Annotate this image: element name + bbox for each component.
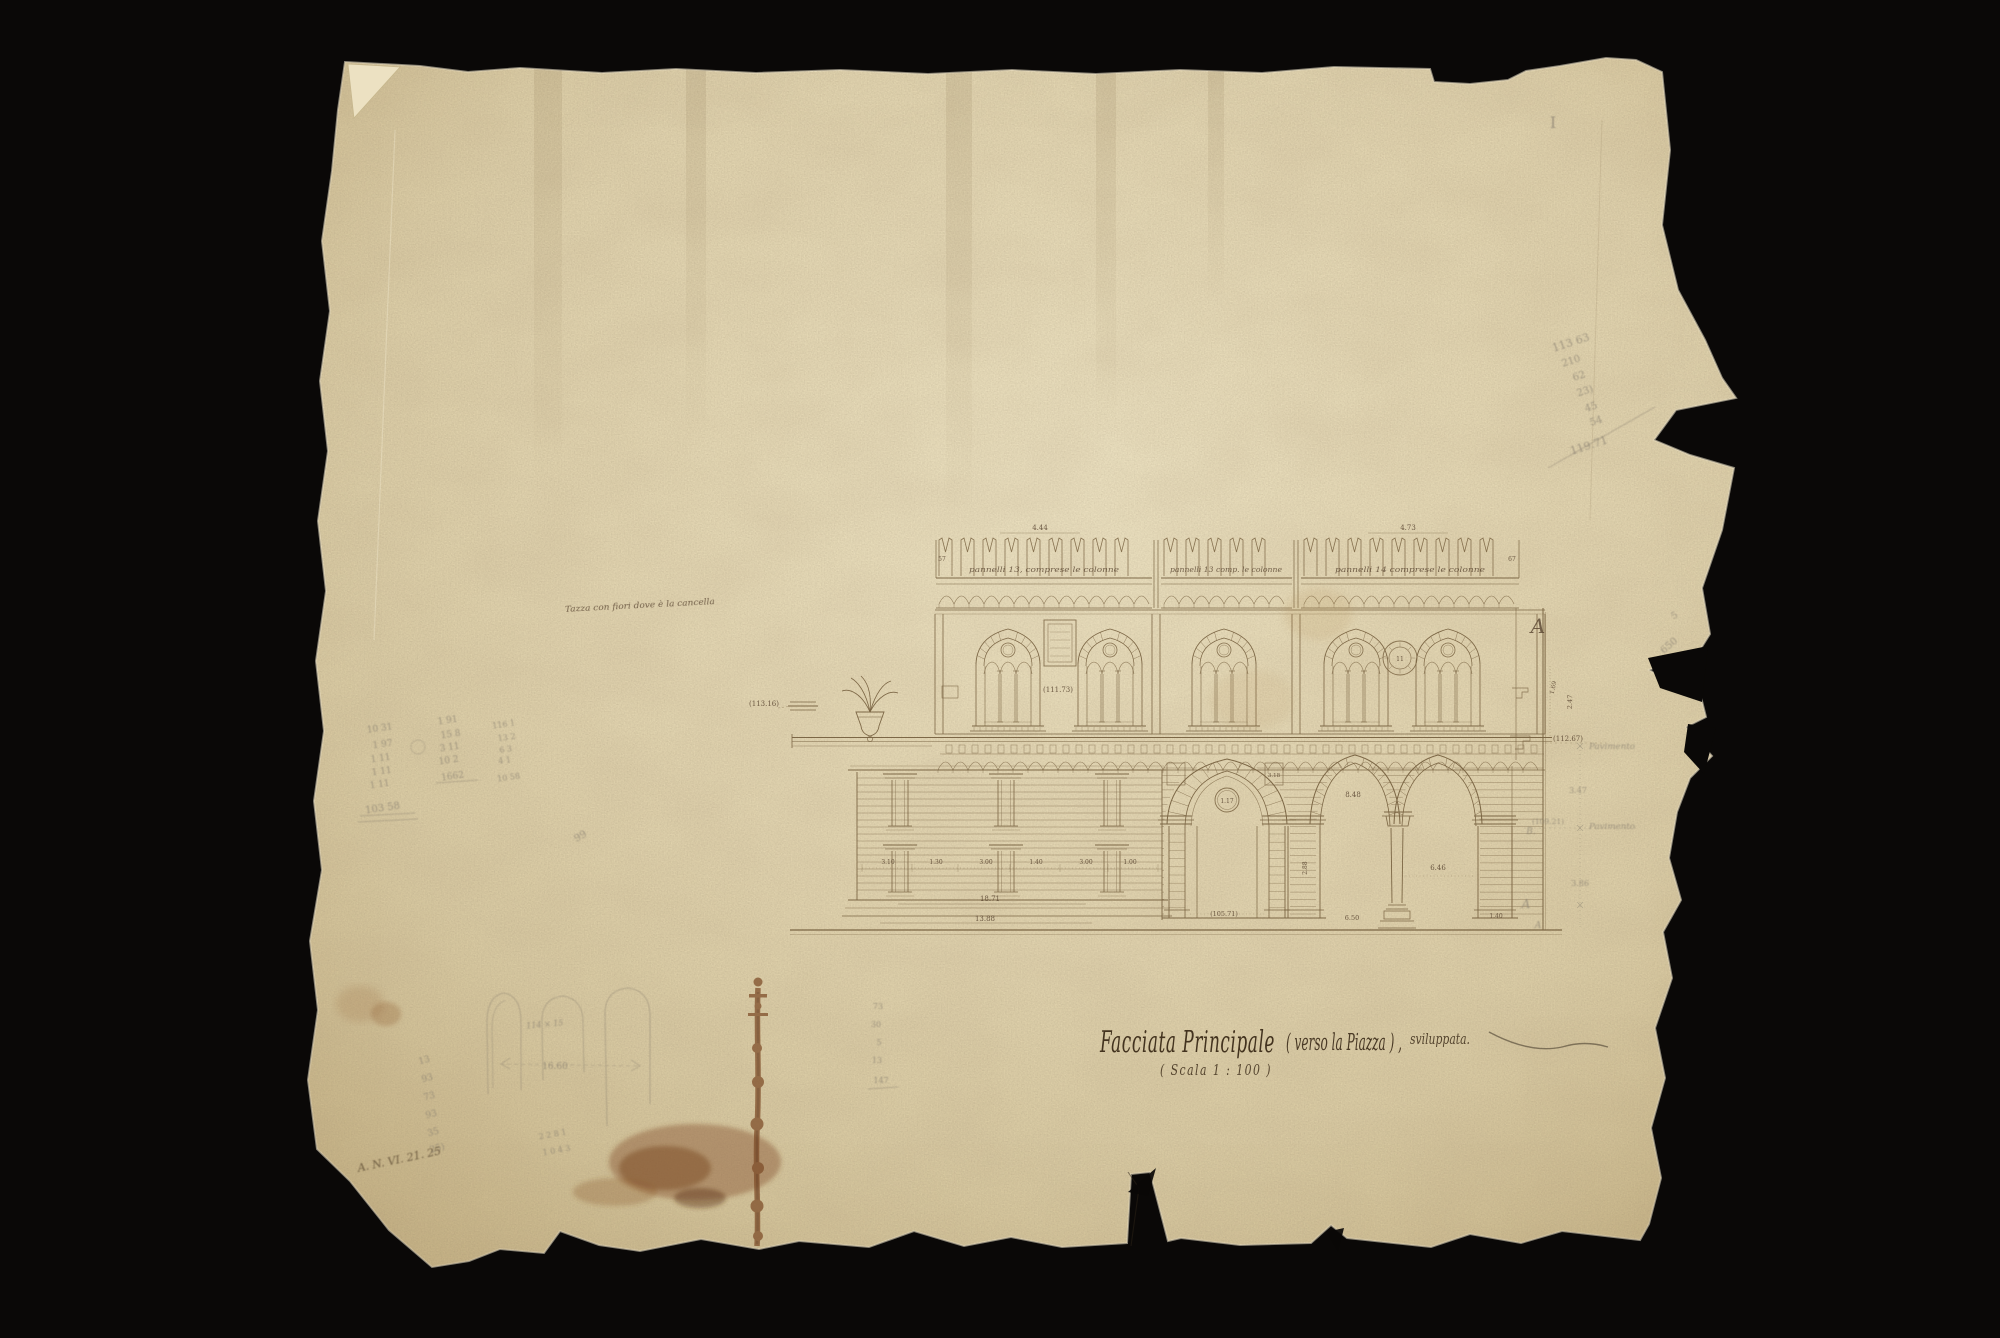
dimension-label: (113.16) <box>749 700 779 708</box>
paper-sheet <box>290 40 1750 1280</box>
pencil-note: 3.47 <box>1569 786 1587 795</box>
faint-stain <box>1284 588 1352 640</box>
dimension-label: 11 <box>1396 656 1404 663</box>
dimension-label: 6.46 <box>1430 864 1446 872</box>
photograph-of-architectural-drawing: 4.444.735767pannelli 13, comprese le col… <box>0 0 2000 1338</box>
dimension-label: 3.10 <box>881 859 895 866</box>
pencil-note: 5 <box>876 1038 881 1047</box>
dimension-label: 3.18 <box>1268 773 1281 779</box>
pencil-note: (109.21) <box>1532 817 1564 826</box>
pencil-note: 147 <box>873 1076 888 1085</box>
dimension-label: 4.73 <box>1400 524 1416 532</box>
dimension-label: A <box>1529 614 1545 638</box>
dimension-label: 1.30 <box>929 859 943 866</box>
dimension-label: 3.00 <box>1079 859 1093 866</box>
dimension-label: 1.40 <box>1489 913 1503 920</box>
pencil-note: Pavimento <box>1588 742 1635 751</box>
dimension-label: 13.88 <box>975 915 995 923</box>
pencil-note: Pavimento <box>1588 822 1635 831</box>
pencil-note: 6 3 <box>499 744 513 755</box>
dimension-label: (105.71) <box>1210 910 1238 918</box>
pencil-note: I <box>1550 113 1556 132</box>
dimension-label: 8.48 <box>1345 791 1361 799</box>
dimension-label: 1.17 <box>1220 798 1234 805</box>
fold-streak <box>946 66 972 536</box>
dimension-label: (112.67) <box>1553 735 1583 743</box>
pencil-note: 30 <box>871 1020 881 1029</box>
pencil-note: 3.86 <box>1571 879 1589 888</box>
dimension-label: 2.88 <box>1302 861 1309 875</box>
pencil-note: 16.60 <box>542 1062 568 1072</box>
drawing-title: Facciata Principale <box>1099 1025 1275 1060</box>
dimension-label: 2.47 <box>1566 695 1575 710</box>
dimension-label: 57 <box>938 556 946 563</box>
scanned-drawing-canvas: 4.444.735767pannelli 13, comprese le col… <box>0 0 2000 1338</box>
pencil-note: B. <box>1525 827 1536 837</box>
pencil-note: 13 <box>872 1056 882 1065</box>
dimension-label: 1.40 <box>1029 859 1043 866</box>
faint-stain <box>371 1002 401 1026</box>
dimension-label: 3.00 <box>979 859 993 866</box>
dimension-label: pannelli 13 comp. le colonne <box>1170 566 1282 574</box>
dimension-label: 18.71 <box>980 895 1000 903</box>
fold-streak <box>534 66 562 496</box>
scale-note: ( Scala 1 : 100 ) <box>1160 1061 1272 1079</box>
fold-streak <box>1208 66 1224 306</box>
fold-streak <box>686 66 706 446</box>
dimension-label: pannelli 13, comprese le colonne <box>969 566 1119 574</box>
drawing-title-parenthetical: ( verso la Piazza ) , <box>1286 1030 1402 1056</box>
dimension-label: pannelli 14 comprese le colonne <box>1335 566 1485 574</box>
paper-vignette <box>290 40 1750 1280</box>
dimension-label: 1.00 <box>1123 859 1137 866</box>
pencil-note: 4 1 <box>498 755 512 766</box>
dimension-label: 4.44 <box>1032 524 1048 532</box>
faint-stain <box>1210 670 1294 730</box>
dimension-label: (111.73) <box>1043 686 1073 694</box>
pencil-note: A <box>1521 897 1531 911</box>
dimension-label: 67 <box>1508 556 1516 563</box>
drawing-title-suffix: sviluppata. <box>1410 1030 1470 1048</box>
pencil-note: A <box>1534 921 1542 931</box>
dimension-label: 6.50 <box>1345 914 1359 922</box>
pencil-note: 73 <box>873 1002 883 1011</box>
fold-streak <box>1096 66 1116 446</box>
